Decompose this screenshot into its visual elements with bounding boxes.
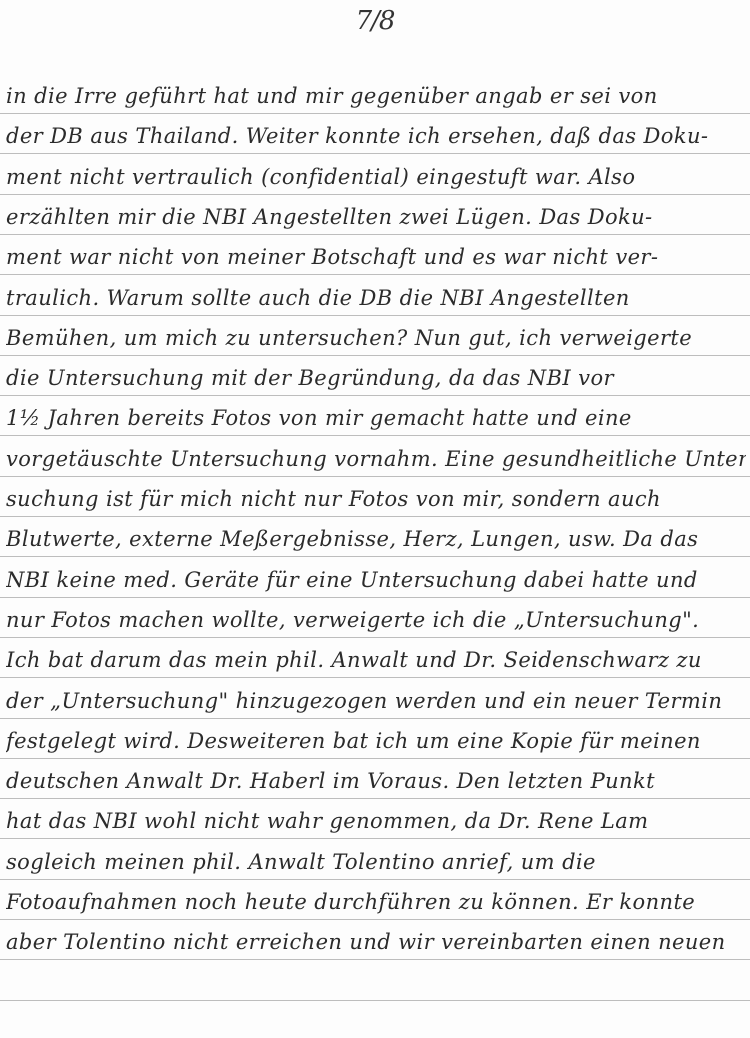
handwritten-line: traulich. Warum sollte auch die DB die N…	[6, 280, 746, 316]
handwritten-line: Fotoaufnahmen noch heute durchführen zu …	[6, 884, 746, 920]
handwritten-line: in die Irre geführt hat und mir gegenübe…	[6, 78, 746, 114]
handwritten-line: deutschen Anwalt Dr. Haberl im Voraus. D…	[6, 763, 746, 799]
handwritten-line: hat das NBI wohl nicht wahr genommen, da…	[6, 803, 746, 839]
handwritten-letter-page: 7/8 in die Irre geführt hat und mir gege…	[0, 0, 750, 1038]
page-number: 7/8	[0, 6, 750, 36]
handwritten-line: aber Tolentino nicht erreichen und wir v…	[6, 924, 746, 960]
handwritten-line: 1½ Jahren bereits Fotos von mir gemacht …	[6, 400, 746, 436]
handwritten-line: Bemühen, um mich zu untersuchen? Nun gut…	[6, 320, 746, 356]
handwritten-line: Ich bat darum das mein phil. Anwalt und …	[6, 642, 746, 678]
handwritten-line: der „Untersuchung" hinzugezogen werden u…	[6, 683, 746, 719]
handwritten-line: der DB aus Thailand. Weiter konnte ich e…	[6, 118, 746, 154]
handwritten-line: Blutwerte, externe Meßergebnisse, Herz, …	[6, 521, 746, 557]
handwritten-line: ment war nicht von meiner Botschaft und …	[6, 239, 746, 275]
handwritten-line: vorgetäuschte Untersuchung vornahm. Eine…	[6, 441, 746, 477]
handwritten-line: nur Fotos machen wollte, verweigerte ich…	[6, 602, 746, 638]
ruled-line	[0, 1000, 750, 1001]
handwritten-line: erzählten mir die NBI Angestellten zwei …	[6, 199, 746, 235]
handwritten-line: festgelegt wird. Desweiteren bat ich um …	[6, 723, 746, 759]
handwritten-line: ment nicht vertraulich (confidential) ei…	[6, 159, 746, 195]
handwritten-line: sogleich meinen phil. Anwalt Tolentino a…	[6, 844, 746, 880]
handwritten-line: die Untersuchung mit der Begründung, da …	[6, 360, 746, 396]
handwritten-line: suchung ist für mich nicht nur Fotos von…	[6, 481, 746, 517]
handwritten-line: NBI keine med. Geräte für eine Untersuch…	[6, 562, 746, 598]
